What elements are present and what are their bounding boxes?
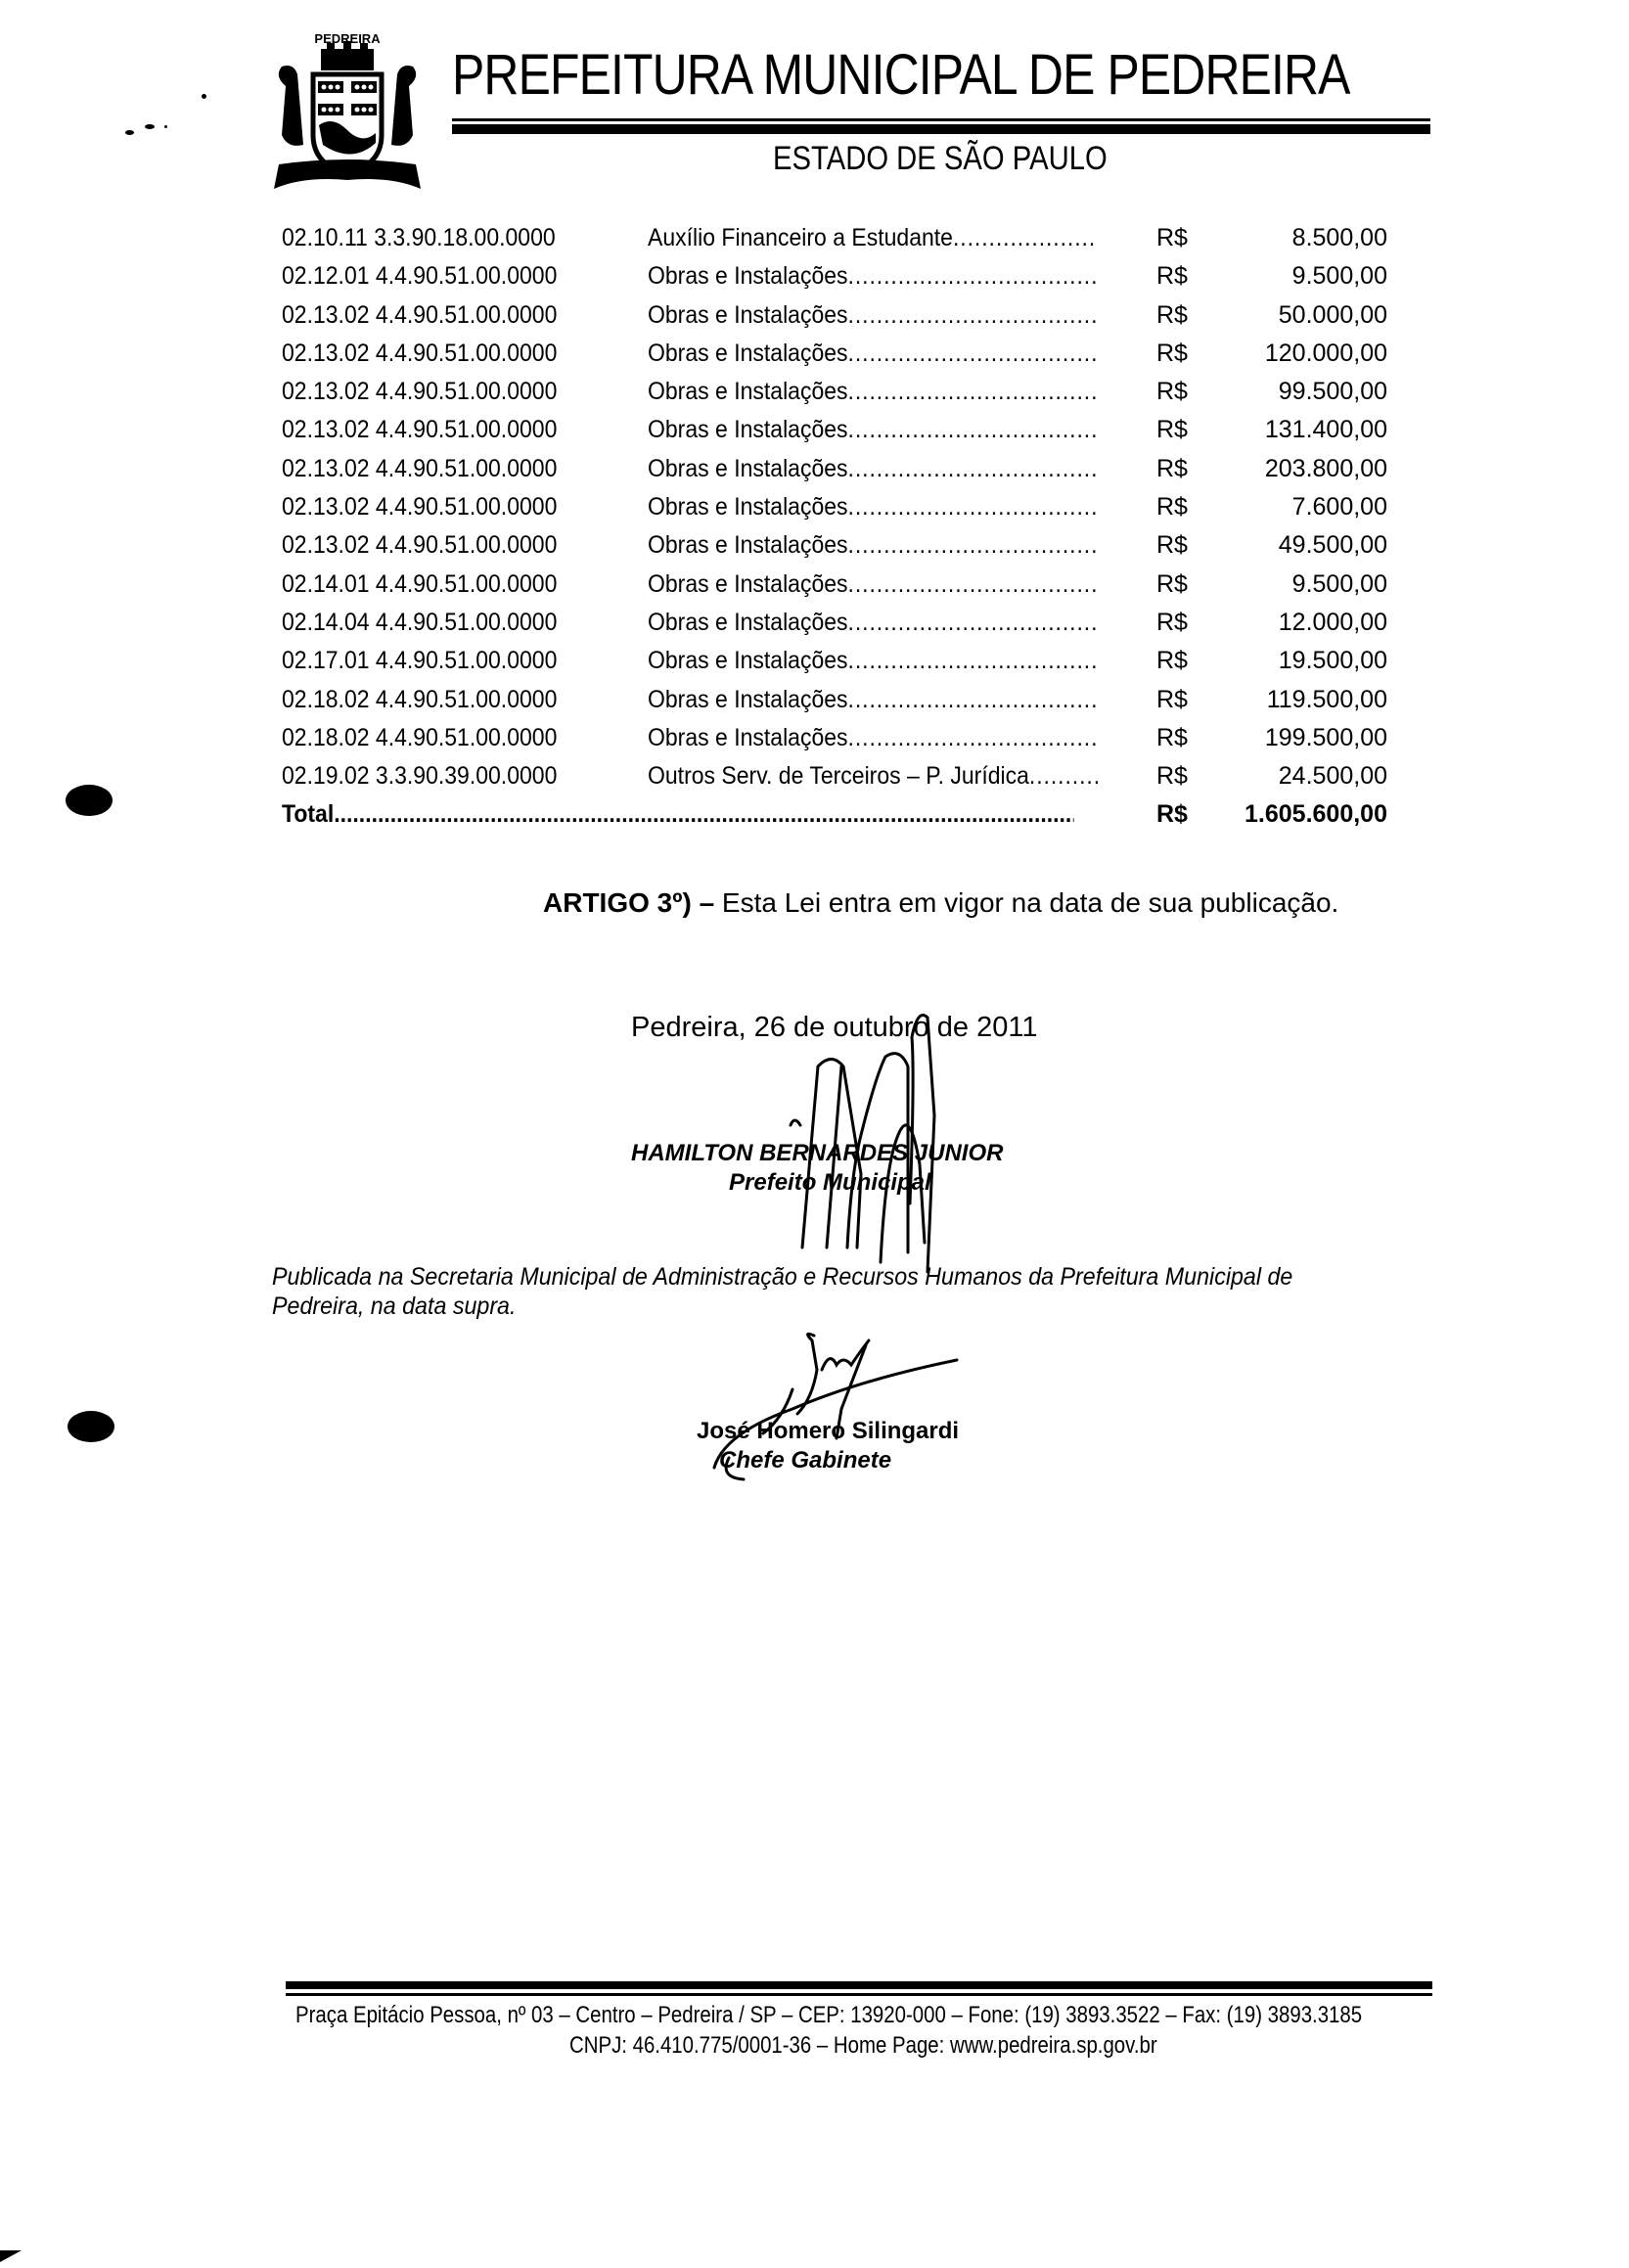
table-row: 02.14.04 4.4.90.51.00.0000Obras e Instal… [282,604,1387,642]
budget-description: Obras e Instalações.....................… [648,296,1098,335]
budget-description: Obras e Instalações.....................… [648,257,1098,295]
budget-description: Obras e Instalações.....................… [648,411,1098,449]
table-row: 02.18.02 4.4.90.51.00.0000Obras e Instal… [282,719,1387,757]
budget-code: 02.19.02 3.3.90.39.00.0000 [282,757,597,795]
punch-hole [68,1411,114,1442]
table-row: 02.13.02 4.4.90.51.00.0000Obras e Instal… [282,488,1387,526]
budget-code: 02.12.01 4.4.90.51.00.0000 [282,257,597,295]
budget-description: Obras e Instalações.....................… [648,566,1098,604]
chief-name: José Homero Silingardi [697,1417,959,1446]
table-row: 02.18.02 4.4.90.51.00.0000Obras e Instal… [282,681,1387,719]
budget-value: 131.400,00 [1172,411,1387,449]
budget-value: 99.500,00 [1172,373,1387,411]
table-row: 02.10.11 3.3.90.18.00.0000Auxílio Financ… [282,219,1387,257]
budget-value: 120.000,00 [1172,335,1387,373]
table-row: 02.14.01 4.4.90.51.00.0000Obras e Instal… [282,566,1387,604]
budget-description: Obras e Instalações.....................… [648,335,1098,373]
budget-value: 50.000,00 [1172,296,1387,335]
table-row: 02.13.02 4.4.90.51.00.0000Obras e Instal… [282,450,1387,488]
budget-value: 9.500,00 [1172,566,1387,604]
budget-description: Outros Serv. de Terceiros – P. Jurídica.… [648,757,1098,795]
article-label: ARTIGO 3º) – [543,887,714,918]
header-title: PREFEITURA MUNICIPAL DE PEDREIRA [452,43,1350,108]
budget-value: 8.500,00 [1172,219,1387,257]
table-row: 02.19.02 3.3.90.39.00.0000Outros Serv. d… [282,757,1387,795]
table-row: 02.13.02 4.4.90.51.00.0000Obras e Instal… [282,335,1387,373]
mayor-role: Prefeito Municipal [729,1168,931,1198]
budget-code: 02.13.02 4.4.90.51.00.0000 [282,296,597,335]
punch-hole [66,785,113,816]
publication-note: Publicada na Secretaria Municipal de Adm… [272,1262,1345,1321]
budget-value: 19.500,00 [1172,642,1387,680]
budget-code: 02.14.01 4.4.90.51.00.0000 [282,566,597,604]
header-subtitle: ESTADO DE SÃO PAULO [773,139,1108,178]
budget-code: 02.17.01 4.4.90.51.00.0000 [282,642,597,680]
budget-code: 02.13.02 4.4.90.51.00.0000 [282,373,597,411]
scan-artifact [202,94,206,99]
budget-code: 02.13.02 4.4.90.51.00.0000 [282,526,597,565]
footer-divider-thick [286,1981,1432,1989]
header-divider-thick [452,124,1430,134]
budget-code: 02.13.02 4.4.90.51.00.0000 [282,335,597,373]
article-text: Esta Lei entra em vigor na data de sua p… [714,887,1338,918]
budget-code: 02.10.11 3.3.90.18.00.0000 [282,219,597,257]
scan-artifact [145,124,155,129]
budget-value: 49.500,00 [1172,526,1387,565]
budget-value: 9.500,00 [1172,257,1387,295]
table-row: 02.13.02 4.4.90.51.00.0000Obras e Instal… [282,526,1387,565]
table-row: 02.13.02 4.4.90.51.00.0000Obras e Instal… [282,373,1387,411]
budget-code: 02.18.02 4.4.90.51.00.0000 [282,681,597,719]
table-row: 02.12.01 4.4.90.51.00.0000Obras e Instal… [282,257,1387,295]
footer-cnpj: CNPJ: 46.410.775/0001-36 – Home Page: ww… [569,2031,1157,2061]
table-row: 02.13.02 4.4.90.51.00.0000Obras e Instal… [282,296,1387,335]
budget-description: Obras e Instalações.....................… [648,373,1098,411]
mayor-name: HAMILTON BERNARDES JUNIOR [631,1139,1003,1168]
budget-value: 7.600,00 [1172,488,1387,526]
budget-code: 02.13.02 4.4.90.51.00.0000 [282,488,597,526]
total-value: 1.605.600,00 [1172,795,1387,834]
total-label: Total...................................… [282,795,1074,834]
signing-date: Pedreira, 26 de outubro de 2011 [631,1010,1037,1045]
budget-value: 199.500,00 [1172,719,1387,757]
table-row: 02.17.01 4.4.90.51.00.0000Obras e Instal… [282,642,1387,680]
budget-description: Auxílio Financeiro a Estudante..........… [648,219,1098,257]
chief-role: Chefe Gabinete [719,1446,891,1475]
budget-table: 02.10.11 3.3.90.18.00.0000Auxílio Financ… [282,219,1387,835]
budget-value: 119.500,00 [1172,681,1387,719]
budget-value: 24.500,00 [1172,757,1387,795]
budget-value: 12.000,00 [1172,604,1387,642]
budget-description: Obras e Instalações.....................… [648,604,1098,642]
scan-artifact [125,130,134,135]
budget-description: Obras e Instalações.....................… [648,450,1098,488]
scan-artifact [164,125,167,128]
header-divider [452,118,1430,121]
budget-description: Obras e Instalações.....................… [648,526,1098,565]
budget-code: 02.13.02 4.4.90.51.00.0000 [282,411,597,449]
budget-description: Obras e Instalações.....................… [648,488,1098,526]
scan-corner-mark [0,2250,22,2262]
budget-code: 02.14.04 4.4.90.51.00.0000 [282,604,597,642]
budget-description: Obras e Instalações.....................… [648,719,1098,757]
municipal-crest-icon: PEDREIRA [264,27,430,194]
budget-description: Obras e Instalações.....................… [648,681,1098,719]
footer-divider [286,1993,1432,1996]
footer-address: Praça Epitácio Pessoa, nº 03 – Centro – … [295,2001,1362,2030]
budget-description: Obras e Instalações.....................… [648,642,1098,680]
budget-value: 203.800,00 [1172,450,1387,488]
budget-code: 02.18.02 4.4.90.51.00.0000 [282,719,597,757]
budget-code: 02.13.02 4.4.90.51.00.0000 [282,450,597,488]
article-3: ARTIGO 3º) – Esta Lei entra em vigor na … [543,884,1338,923]
table-row: 02.13.02 4.4.90.51.00.0000Obras e Instal… [282,411,1387,449]
table-total-row: Total...................................… [282,795,1387,834]
